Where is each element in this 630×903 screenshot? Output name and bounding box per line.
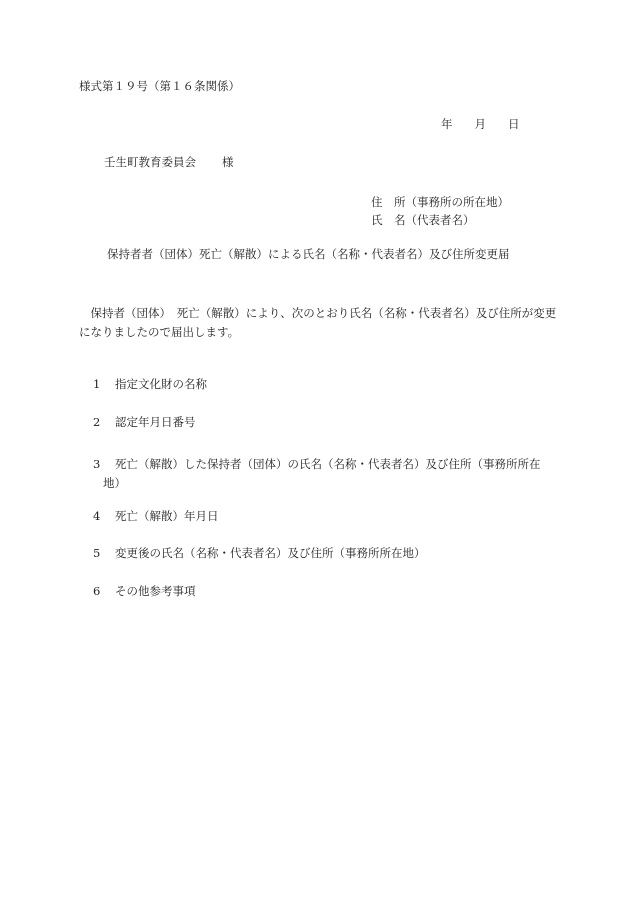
addressee-honorific: 様 — [222, 155, 234, 169]
list-item: 6その他参考事項 — [93, 586, 196, 598]
list-item: 5変更後の氏名（名称・代表者名）及び住所（事務所所在地） — [93, 548, 426, 560]
list-item: 4死亡（解散）年月日 — [93, 511, 219, 523]
body-paragraph: 保持者（団体） 死亡（解散）により、次のとおり氏名（名称・代表者名）及び住所が変… — [79, 304, 559, 342]
addressee: 壬生町教育委員会様 — [104, 157, 234, 169]
date-year-label: 年 — [441, 119, 453, 131]
item-text-continued: 地） — [93, 474, 553, 493]
applicant-name-label: 氏 名（代表者名） — [371, 211, 509, 229]
item-text: 認定年月日番号 — [115, 415, 196, 429]
body-text: 保持者（団体） 死亡（解散）により、次のとおり氏名（名称・代表者名）及び住所が変… — [79, 304, 559, 342]
item-number: 4 — [93, 511, 115, 523]
list-item: 1指定文化財の名称 — [93, 379, 207, 391]
item-text: 死亡（解散）年月日 — [115, 509, 219, 523]
list-item: 2認定年月日番号 — [93, 417, 196, 429]
item-number: 5 — [93, 548, 115, 560]
item-text: 死亡（解散）した保持者（団体）の氏名（名称・代表者名）及び住所（事務所所在 — [115, 457, 541, 471]
date-day-label: 日 — [508, 119, 520, 131]
date-line: 年月日 — [441, 119, 520, 131]
date-month-label: 月 — [475, 119, 487, 131]
item-text: 指定文化財の名称 — [115, 377, 207, 391]
item-number: 1 — [93, 379, 115, 391]
form-number: 様式第１９号（第１６条関係） — [79, 81, 240, 93]
document-title: 保持者者（団体）死亡（解散）による氏名（名称・代表者名）及び住所変更届 — [107, 249, 510, 261]
applicant-address-label: 住 所（事務所の所在地） — [371, 193, 509, 211]
item-number: 2 — [93, 417, 115, 429]
item-number: 3 — [93, 455, 115, 474]
item-number: 6 — [93, 586, 115, 598]
item-text: その他参考事項 — [115, 584, 196, 598]
list-item: 3死亡（解散）した保持者（団体）の氏名（名称・代表者名）及び住所（事務所所在 地… — [93, 455, 553, 493]
applicant-block: 住 所（事務所の所在地） 氏 名（代表者名） — [371, 193, 509, 229]
addressee-name: 壬生町教育委員会 — [104, 155, 196, 169]
item-text: 変更後の氏名（名称・代表者名）及び住所（事務所所在地） — [115, 546, 426, 560]
